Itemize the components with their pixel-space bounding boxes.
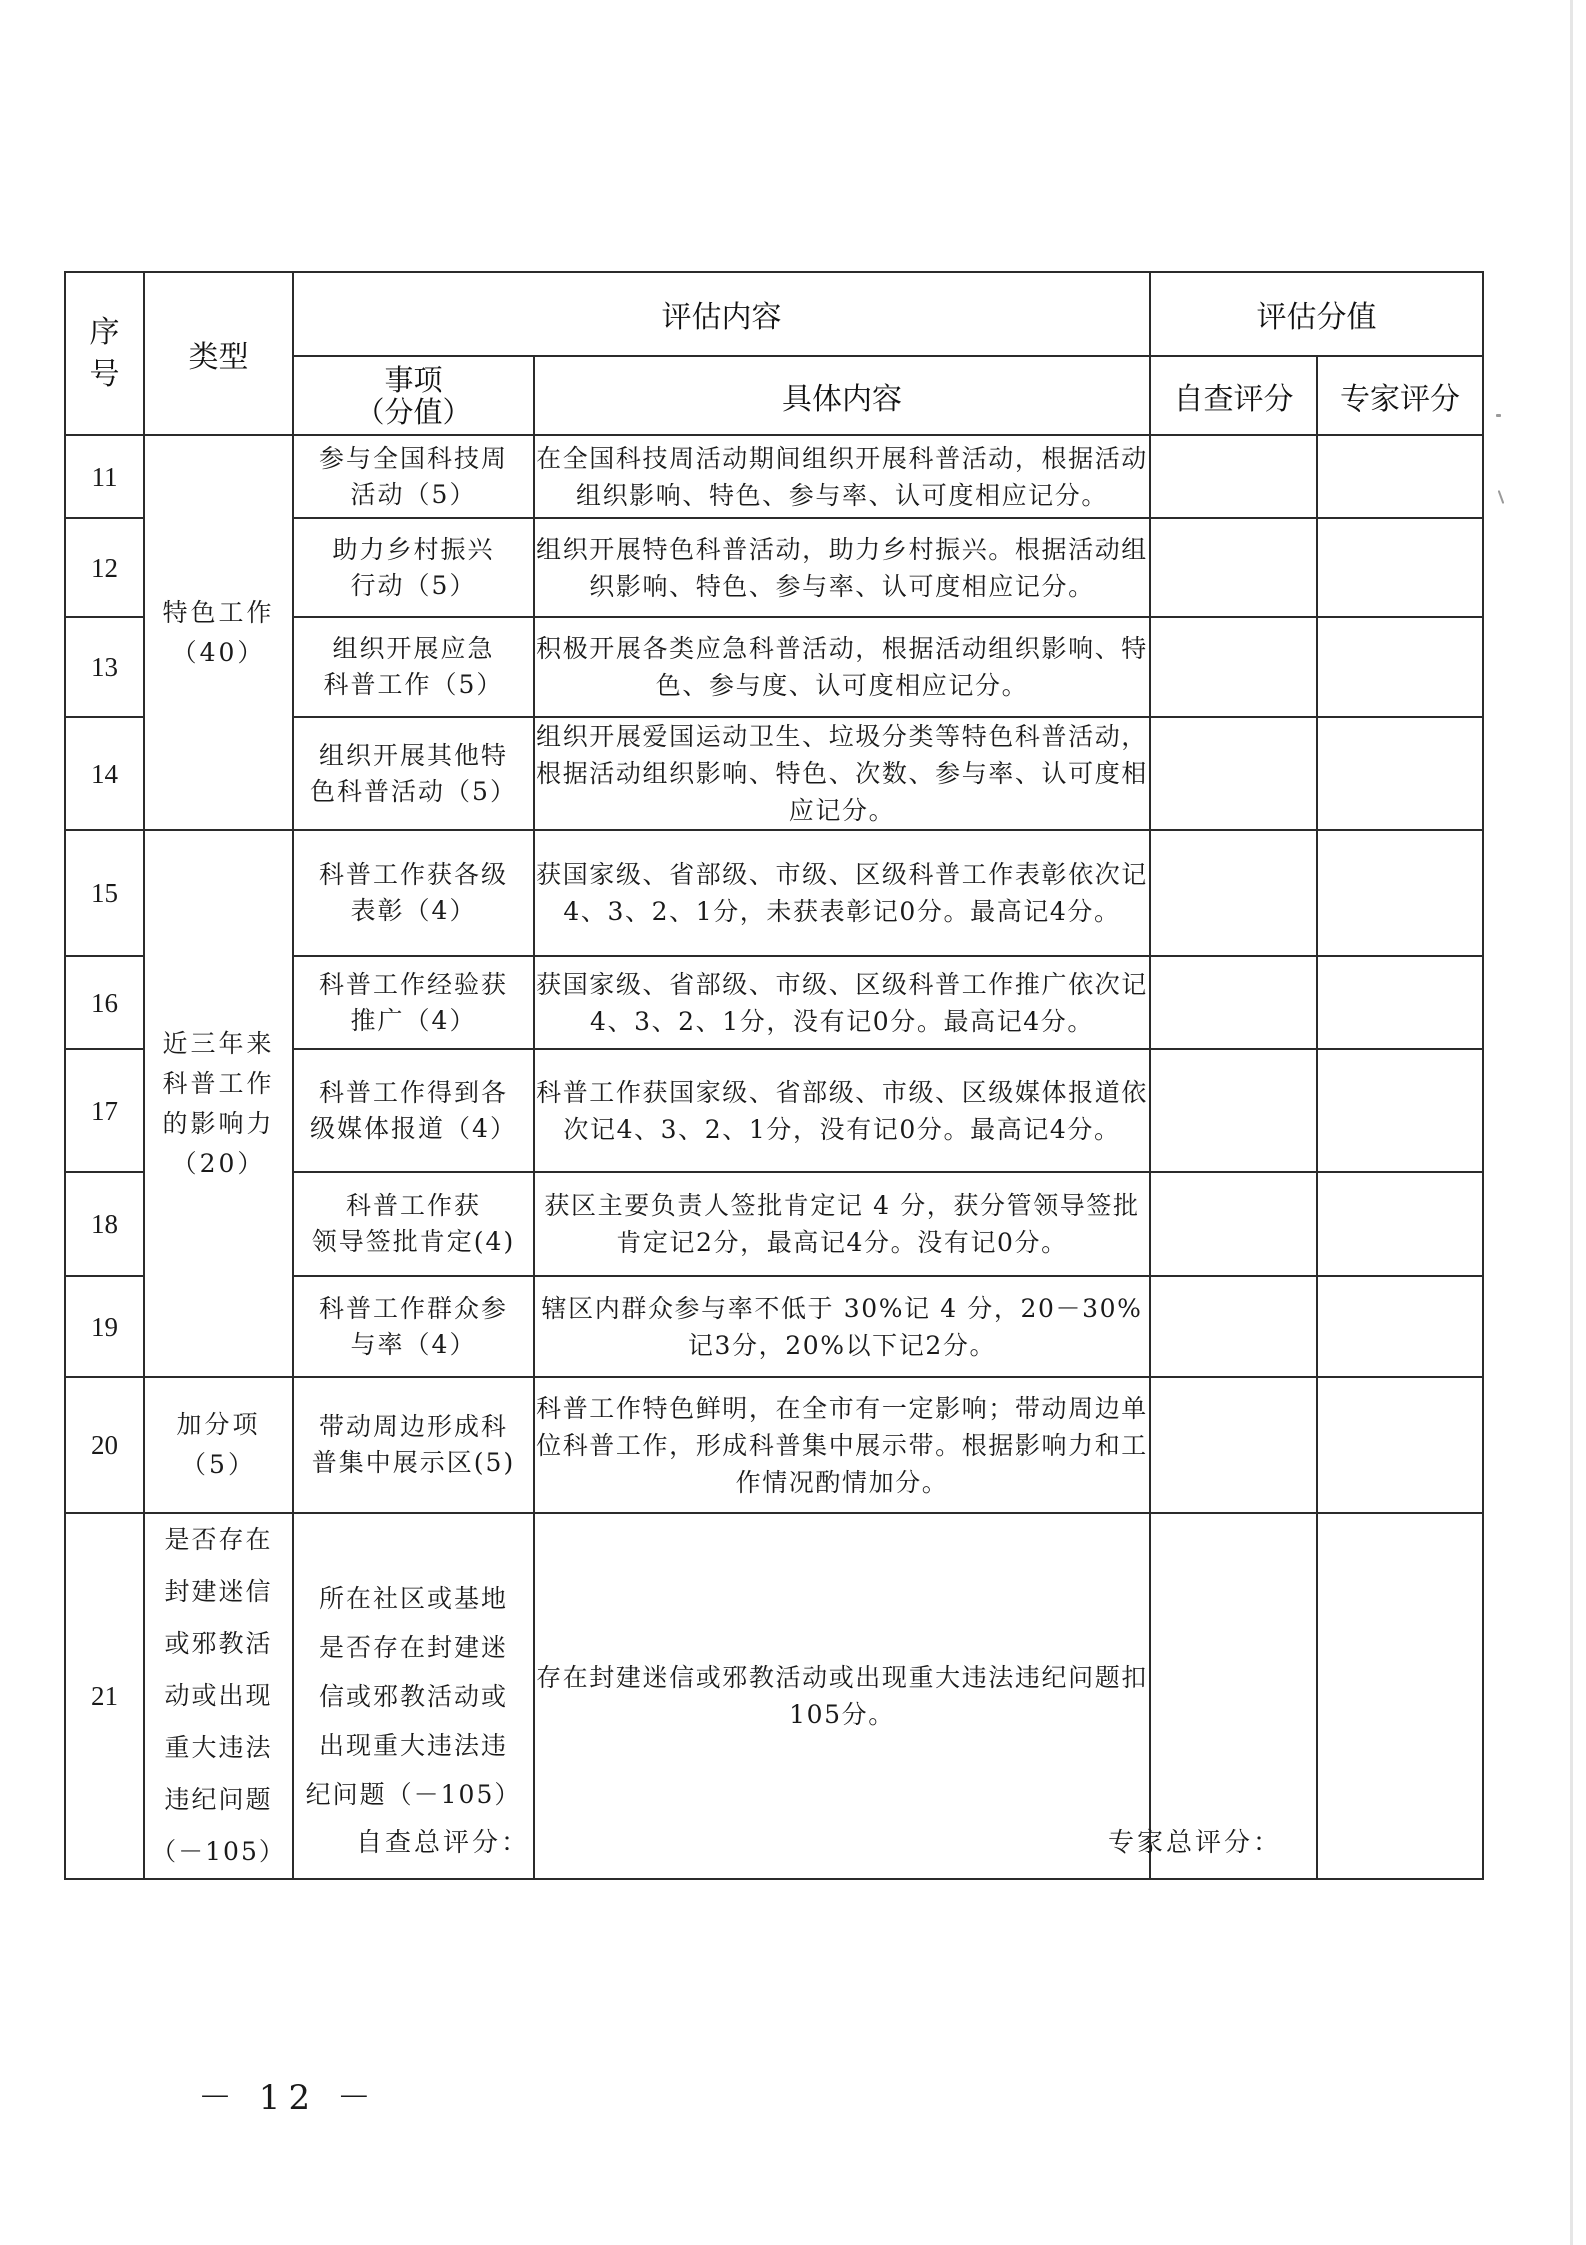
expert-total-score-label: 专家总评分： (1108, 1822, 1282, 1859)
item-cell: 组织开展其他特色科普活动（5） (293, 717, 534, 830)
expert-score-input[interactable] (1317, 435, 1483, 518)
row-number: 14 (65, 717, 144, 830)
item-cell: 助力乡村振兴行动（5） (293, 518, 534, 617)
expert-score-input[interactable] (1317, 1049, 1483, 1172)
detail-cell: 积极开展各类应急科普活动，根据活动组织影响、特色、参与度、认可度相应记分。 (534, 617, 1150, 717)
scan-speck (1498, 490, 1505, 504)
self-score-input[interactable] (1150, 1377, 1317, 1513)
detail-cell: 科普工作获国家级、省部级、市级、区级媒体报道依次记4、3、2、1分，没有记0分。… (534, 1049, 1150, 1172)
self-score-input[interactable] (1150, 617, 1317, 717)
row-number: 16 (65, 956, 144, 1049)
evaluation-table: 序号 类型 评估内容 评估分值 事项（分值） 具体内容 自查评分 专家评分 11… (64, 271, 1484, 1880)
header-expert-score: 专家评分 (1317, 356, 1483, 435)
detail-cell: 组织开展爱国运动卫生、垃圾分类等特色科普活动，根据活动组织影响、特色、次数、参与… (534, 717, 1150, 830)
detail-cell: 存在封建迷信或邪教活动或出现重大违法违纪问题扣105分。 (534, 1513, 1150, 1879)
table-row: 11 特色工作（40） 参与全国科技周活动（5） 在全国科技周活动期间组织开展科… (65, 435, 1483, 518)
row-number: 15 (65, 830, 144, 956)
expert-score-input[interactable] (1317, 1513, 1483, 1879)
self-score-input[interactable] (1150, 518, 1317, 617)
expert-score-input[interactable] (1317, 956, 1483, 1049)
item-cell: 科普工作获各级表彰（4） (293, 830, 534, 956)
item-cell: 带动周边形成科普集中展示区(5) (293, 1377, 534, 1513)
header-row-1: 序号 类型 评估内容 评估分值 (65, 272, 1483, 356)
self-score-input[interactable] (1150, 1172, 1317, 1276)
expert-score-input[interactable] (1317, 1276, 1483, 1377)
self-score-input[interactable] (1150, 830, 1317, 956)
header-eval-content: 评估内容 (293, 272, 1150, 356)
self-score-input[interactable] (1150, 1276, 1317, 1377)
header-eval-score: 评估分值 (1150, 272, 1483, 356)
self-score-input[interactable] (1150, 435, 1317, 518)
table-row: 20 加分项（5） 带动周边形成科普集中展示区(5) 科普工作特色鲜明，在全市有… (65, 1377, 1483, 1513)
expert-score-input[interactable] (1317, 518, 1483, 617)
item-cell: 科普工作群众参与率（4） (293, 1276, 534, 1377)
detail-cell: 获国家级、省部级、市级、区级科普工作推广依次记4、3、2、1分，没有记0分。最高… (534, 956, 1150, 1049)
expert-score-input[interactable] (1317, 617, 1483, 717)
header-self-score: 自查评分 (1150, 356, 1317, 435)
expert-score-input[interactable] (1317, 1377, 1483, 1513)
type-group-violation: 是否存在封建迷信或邪教活动或出现重大违法违纪问题（－105） (144, 1513, 293, 1879)
self-score-input[interactable] (1150, 956, 1317, 1049)
header-detail: 具体内容 (534, 356, 1150, 435)
row-number: 19 (65, 1276, 144, 1377)
type-group-special-work: 特色工作（40） (144, 435, 293, 830)
row-number: 11 (65, 435, 144, 518)
item-cell: 科普工作获领导签批肯定(4) (293, 1172, 534, 1276)
type-group-influence: 近三年来科普工作的影响力（20） (144, 830, 293, 1377)
self-total-score-label: 自查总评分： (356, 1822, 530, 1859)
expert-score-input[interactable] (1317, 717, 1483, 830)
scan-speck (1496, 414, 1501, 417)
row-number: 20 (65, 1377, 144, 1513)
item-cell: 组织开展应急科普工作（5） (293, 617, 534, 717)
item-cell: 参与全国科技周活动（5） (293, 435, 534, 518)
self-score-input[interactable] (1150, 1049, 1317, 1172)
header-type: 类型 (144, 272, 293, 435)
table-row: 15 近三年来科普工作的影响力（20） 科普工作获各级表彰（4） 获国家级、省部… (65, 830, 1483, 956)
page-number: － 12 － (198, 2070, 379, 2119)
expert-score-input[interactable] (1317, 830, 1483, 956)
row-number: 21 (65, 1513, 144, 1879)
header-item: 事项（分值） (293, 356, 534, 435)
detail-cell: 获国家级、省部级、市级、区级科普工作表彰依次记4、3、2、1分，未获表彰记0分。… (534, 830, 1150, 956)
row-number: 12 (65, 518, 144, 617)
detail-cell: 科普工作特色鲜明，在全市有一定影响；带动周边单位科普工作，形成科普集中展示带。根… (534, 1377, 1150, 1513)
scan-edge-line (1570, 0, 1573, 2245)
row-number: 17 (65, 1049, 144, 1172)
detail-cell: 获区主要负责人签批肯定记 4 分，获分管领导签批肯定记2分，最高记4分。没有记0… (534, 1172, 1150, 1276)
row-number: 13 (65, 617, 144, 717)
detail-cell: 辖区内群众参与率不低于 30%记 4 分，20－30%记3分，20%以下记2分。 (534, 1276, 1150, 1377)
self-score-input[interactable] (1150, 717, 1317, 830)
detail-cell: 组织开展特色科普活动，助力乡村振兴。根据活动组织影响、特色、参与率、认可度相应记… (534, 518, 1150, 617)
expert-score-input[interactable] (1317, 1172, 1483, 1276)
header-seq: 序号 (65, 272, 144, 435)
item-cell: 科普工作得到各级媒体报道（4） (293, 1049, 534, 1172)
detail-cell: 在全国科技周活动期间组织开展科普活动，根据活动组织影响、特色、参与率、认可度相应… (534, 435, 1150, 518)
type-group-bonus: 加分项（5） (144, 1377, 293, 1513)
row-number: 18 (65, 1172, 144, 1276)
item-cell: 科普工作经验获推广（4） (293, 956, 534, 1049)
